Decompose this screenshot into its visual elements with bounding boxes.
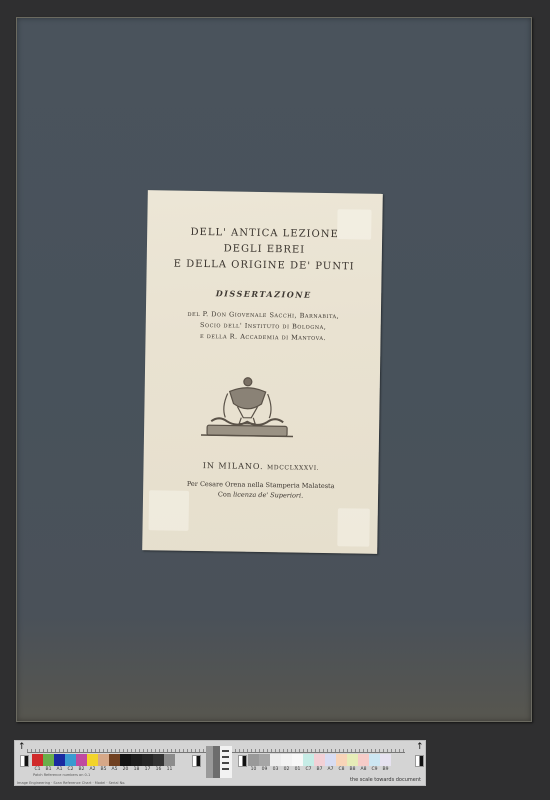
patch-label: A1 bbox=[54, 767, 65, 772]
patch-label: 01 bbox=[292, 767, 303, 772]
patch-b7 bbox=[314, 754, 325, 766]
bw-target-icon bbox=[192, 755, 201, 767]
patch-17 bbox=[142, 754, 153, 766]
patch-a5 bbox=[109, 754, 120, 766]
patch-label: 03 bbox=[270, 767, 281, 772]
imprint: IN MILANO. MDCCLXXXVI. bbox=[143, 460, 378, 473]
author-block: del P. Don Giovenale Sacchi, Barnabita, … bbox=[145, 308, 380, 345]
patch-02 bbox=[281, 754, 292, 766]
patch-label: C1 bbox=[32, 767, 43, 772]
patch-label: A2 bbox=[87, 767, 98, 772]
patch-label: C8 bbox=[336, 767, 347, 772]
patch-01 bbox=[292, 754, 303, 766]
patch-c1 bbox=[32, 754, 43, 766]
patch-03 bbox=[270, 754, 281, 766]
patch-16 bbox=[153, 754, 164, 766]
patch-label: B5 bbox=[98, 767, 109, 772]
arrow-up-icon: ↑ bbox=[18, 743, 26, 752]
patch-label: C9 bbox=[369, 767, 380, 772]
patch-label: A8 bbox=[358, 767, 369, 772]
bw-target-icon bbox=[20, 755, 29, 767]
left-patch-labels: C1 B1 A1 C2 B2 A2 B5 A5 20 18 17 16 11 bbox=[32, 767, 175, 772]
patch-label: 10 bbox=[248, 767, 259, 772]
patch-label: 18 bbox=[131, 767, 142, 772]
patch-a8 bbox=[358, 754, 369, 766]
patch-label: A5 bbox=[109, 767, 120, 772]
patch-label: B7 bbox=[314, 767, 325, 772]
paper-stain bbox=[337, 508, 370, 546]
patch-label: C2 bbox=[65, 767, 76, 772]
chart-footer-note: Image Engineering · Scan Reference Chart… bbox=[17, 781, 125, 785]
patch-label: C7 bbox=[303, 767, 314, 772]
urn-ornament-icon bbox=[197, 373, 298, 445]
patch-label: A7 bbox=[325, 767, 336, 772]
title-line-3: E DELLA ORIGINE DE' PUNTI bbox=[147, 256, 382, 276]
patch-c9 bbox=[369, 754, 380, 766]
patch-label: 02 bbox=[281, 767, 292, 772]
title-page: DELL' ANTICA LEZIONE DEGLI EBREI E DELLA… bbox=[142, 190, 383, 554]
patch-18 bbox=[131, 754, 142, 766]
patch-11 bbox=[164, 754, 175, 766]
patch-c7 bbox=[303, 754, 314, 766]
patch-label: 20 bbox=[120, 767, 131, 772]
patch-a1 bbox=[54, 754, 65, 766]
imprint-year: MDCCLXXXVI. bbox=[267, 464, 319, 472]
patch-reference-note: Patch Reference numbers on 0-1 bbox=[33, 773, 90, 777]
right-color-patches bbox=[248, 754, 391, 766]
grey-scale-block bbox=[206, 746, 220, 778]
bw-target-icon bbox=[238, 755, 247, 767]
patch-10 bbox=[248, 754, 259, 766]
patch-b1 bbox=[43, 754, 54, 766]
patch-b9 bbox=[380, 754, 391, 766]
patch-20 bbox=[120, 754, 131, 766]
subtitle: DISSERTAZIONE bbox=[146, 287, 381, 301]
imprint-place: IN MILANO. bbox=[203, 461, 264, 471]
patch-label: 16 bbox=[153, 767, 164, 772]
printer-block: Per Cesare Orena nella Stamperia Malates… bbox=[143, 478, 378, 502]
patch-b5 bbox=[98, 754, 109, 766]
patch-label: 09 bbox=[259, 767, 270, 772]
patch-label: 17 bbox=[142, 767, 153, 772]
patch-label: 11 bbox=[164, 767, 175, 772]
patch-label: B9 bbox=[380, 767, 391, 772]
patch-c8 bbox=[336, 754, 347, 766]
right-patch-labels: 10 09 03 02 01 C7 B7 A7 C8 B8 A8 C9 B9 bbox=[248, 767, 391, 772]
patch-a7 bbox=[325, 754, 336, 766]
bw-target-icon bbox=[415, 755, 424, 767]
title-block: DELL' ANTICA LEZIONE DEGLI EBREI E DELLA… bbox=[147, 224, 383, 276]
patch-label: B8 bbox=[347, 767, 358, 772]
left-color-patches bbox=[32, 754, 175, 766]
patch-label: B2 bbox=[76, 767, 87, 772]
patch-b8 bbox=[347, 754, 358, 766]
author-line-3: e della R. Accademia di Mantova. bbox=[145, 330, 380, 345]
license-prefix: Con bbox=[218, 490, 231, 498]
license-text: licenza de' Superiori. bbox=[233, 491, 303, 500]
patch-09 bbox=[259, 754, 270, 766]
arrow-up-icon: ↑ bbox=[416, 743, 424, 752]
patch-b2 bbox=[76, 754, 87, 766]
patch-a2 bbox=[87, 754, 98, 766]
patch-c2 bbox=[65, 754, 76, 766]
scale-note: the scale towards document bbox=[350, 777, 421, 783]
color-calibration-strip: ↑ ↑ C1 B1 A1 C2 B2 A2 B5 A5 20 18 17 16 … bbox=[14, 740, 426, 786]
patch-label: B1 bbox=[43, 767, 54, 772]
resolution-target bbox=[220, 746, 232, 778]
